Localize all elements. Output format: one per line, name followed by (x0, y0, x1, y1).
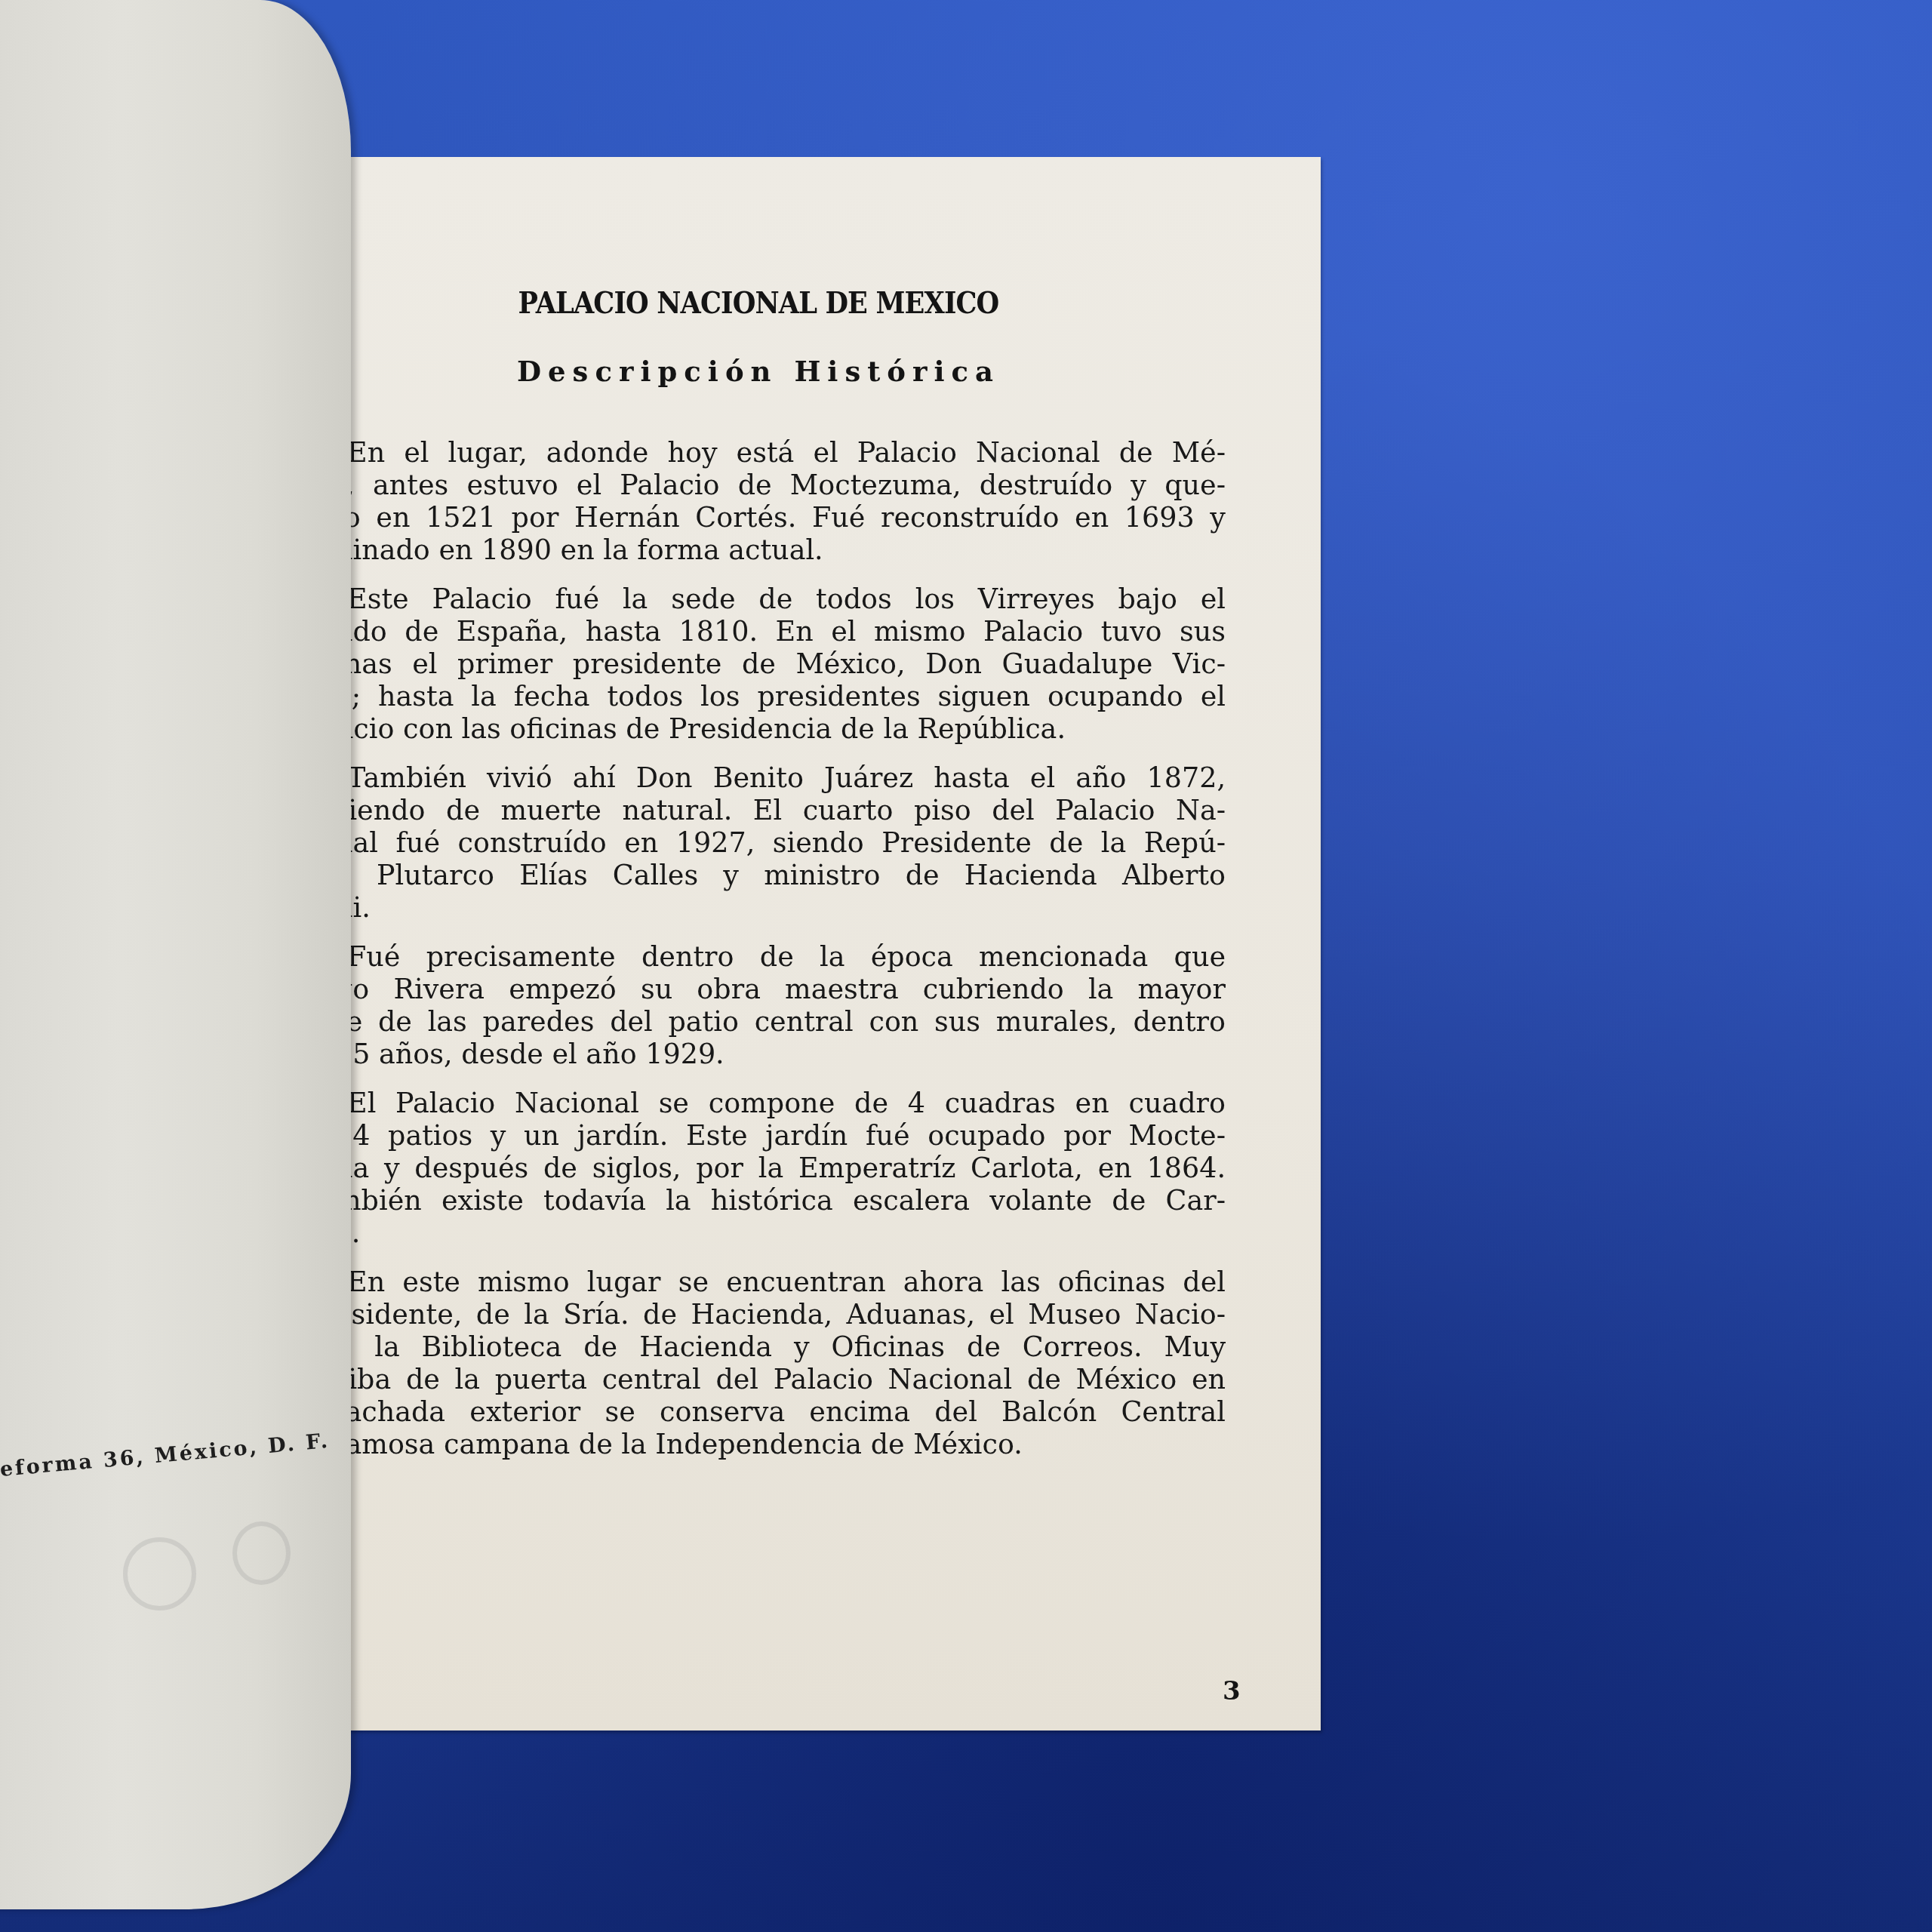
text-line: riendo de muerte natural. El cuarto piso… (335, 794, 1226, 826)
text-line: lo en 1521 por Hernán Cortés. Fué recons… (335, 501, 1226, 534)
text-line: te de las paredes del patio central con … (335, 1005, 1226, 1038)
paragraph-1: En el lugar, adonde hoy está el Palacio … (335, 436, 1271, 566)
text-line: ndo de España, hasta 1810. En el mismo P… (335, 615, 1226, 648)
text-line: Este Palacio fué la sede de todos los Vi… (335, 583, 1226, 615)
text-line: 14 patios y un jardín. Este jardín fué o… (335, 1119, 1226, 1152)
paragraph-3: También vivió ahí Don Benito Juárez hast… (335, 761, 1271, 924)
text-line: riba de la puerta central del Palacio Na… (335, 1363, 1226, 1395)
text-line: 25 años, desde el año 1929. (335, 1038, 1226, 1070)
text-line: También vivió ahí Don Benito Juárez hast… (335, 761, 1226, 794)
text-line: go Rivera empezó su obra maestra cubrien… (335, 973, 1226, 1005)
show-through-letter-g (232, 1521, 291, 1585)
text-line: nal fué construído en 1927, siendo Presi… (335, 826, 1226, 859)
page-title: PALACIO NACIONAL DE MEXICO (486, 285, 1031, 321)
text-line: esidente, de la Sría. de Hacienda, Aduan… (335, 1298, 1226, 1331)
text-line: a. (335, 1217, 1226, 1249)
text-line: ni. (335, 891, 1226, 924)
text-line: inas el primer presidente de México, Don… (335, 648, 1226, 680)
paragraph-6: En este mismo lugar se encuentran ahora … (335, 1266, 1271, 1460)
text-line: El Palacio Nacional se compone de 4 cuad… (335, 1087, 1226, 1119)
body-text: En el lugar, adonde hoy está el Palacio … (335, 436, 1271, 1477)
paragraph-5: El Palacio Nacional se compone de 4 cuad… (335, 1087, 1271, 1249)
text-line: ), antes estuvo el Palacio de Moctezuma,… (335, 469, 1226, 501)
show-through-letter-o (123, 1537, 196, 1611)
text-line: ficio con las oficinas de Presidencia de… (335, 712, 1226, 745)
paragraph-4: Fué precisamente dentro de la época menc… (335, 940, 1271, 1070)
page-subtitle: Descripción Histórica (449, 355, 1068, 388)
right-page: PALACIO NACIONAL DE MEXICO Descripción H… (317, 157, 1321, 1730)
text-line: l, la Biblioteca de Hacienda y Oficinas … (335, 1331, 1226, 1363)
text-line: En el lugar, adonde hoy está el Palacio … (335, 436, 1226, 469)
text-line: ninado en 1890 en la forma actual. (335, 534, 1226, 566)
text-line: fachada exterior se conserva encima del … (335, 1395, 1226, 1428)
text-line: famosa campana de la Independencia de Mé… (335, 1428, 1226, 1460)
text-line: En este mismo lugar se encuentran ahora … (335, 1266, 1226, 1298)
paragraph-2: Este Palacio fué la sede de todos los Vi… (335, 583, 1271, 745)
text-line: a Plutarco Elías Calles y ministro de Ha… (335, 859, 1226, 891)
text-line: a; hasta la fecha todos los presidentes … (335, 680, 1226, 712)
text-line: na y después de siglos, por la Emperatrí… (335, 1152, 1226, 1184)
left-page: eforma 36, México, D. F. (0, 0, 351, 1909)
page-number: 3 (1223, 1676, 1241, 1706)
text-line: mbién existe todavía la histórica escale… (335, 1184, 1226, 1217)
text-line: Fué precisamente dentro de la época menc… (335, 940, 1226, 973)
publisher-address: eforma 36, México, D. F. (0, 1429, 331, 1481)
page-content: PALACIO NACIONAL DE MEXICO Descripción H… (317, 157, 1321, 1730)
